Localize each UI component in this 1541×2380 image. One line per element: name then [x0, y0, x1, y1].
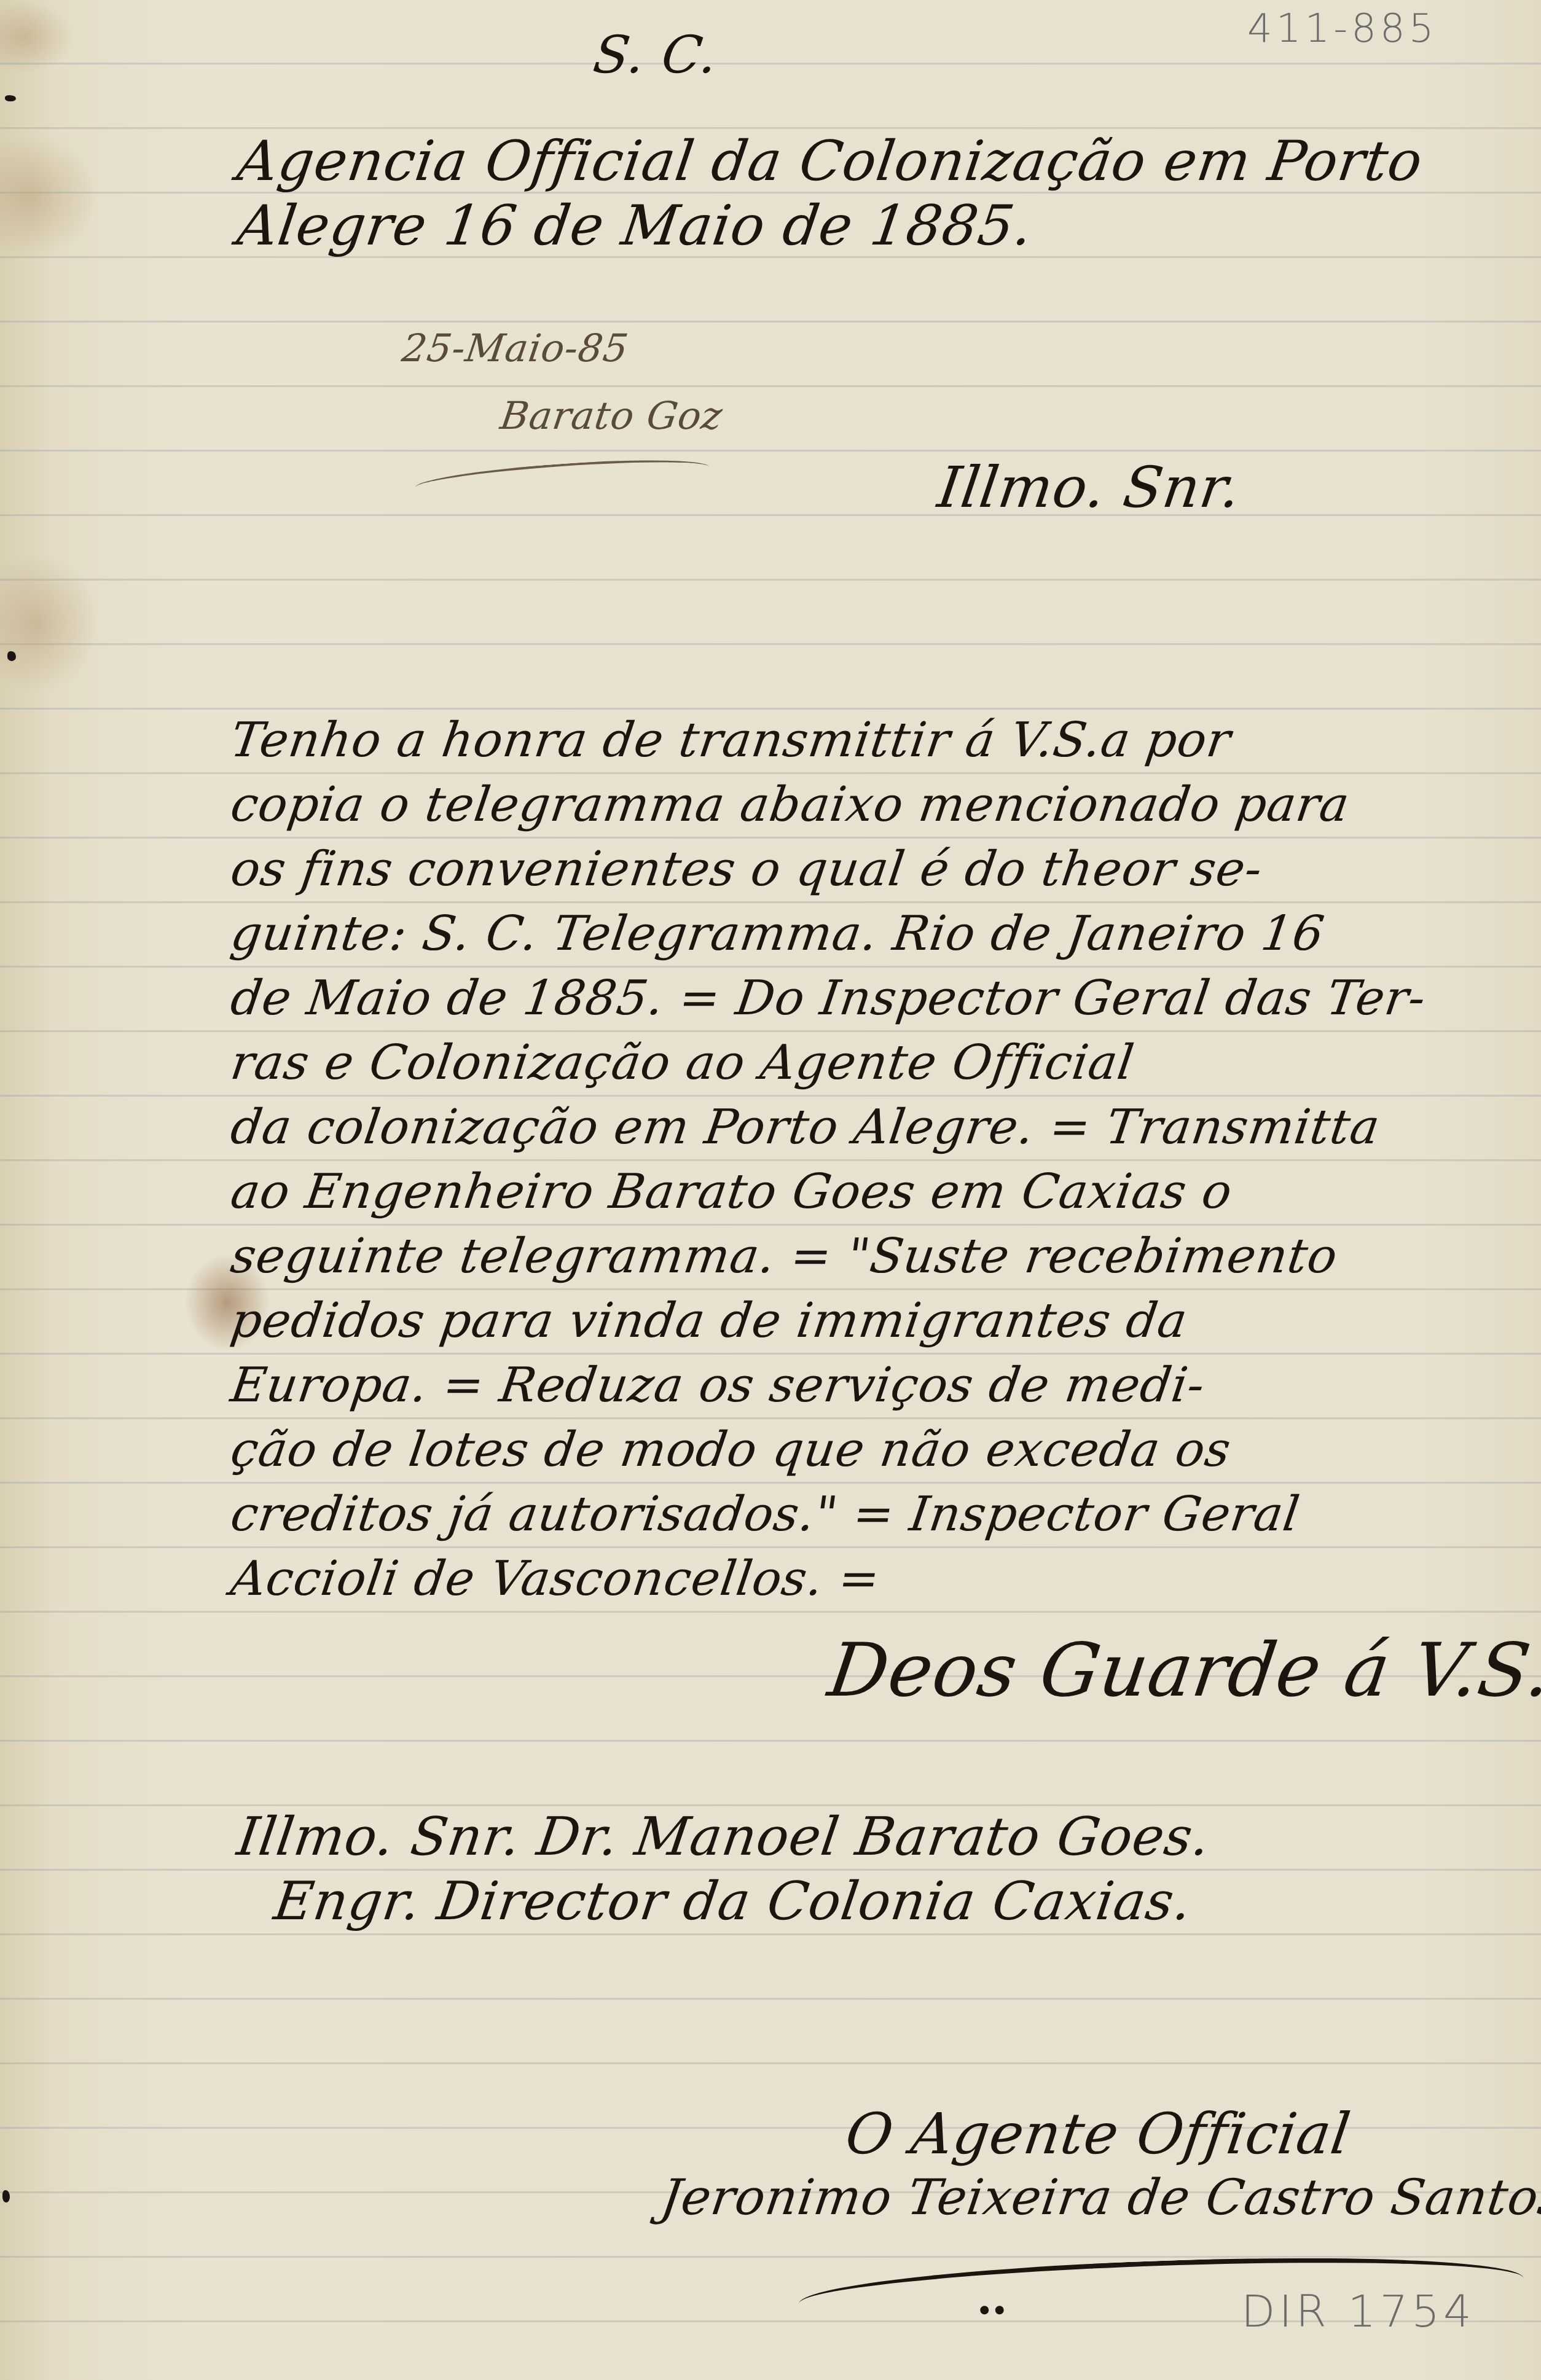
margin-note-name: Barato Goz	[498, 393, 726, 438]
body-line: ção de lotes de modo que não exceda os	[227, 1422, 1234, 1478]
body-line: seguinte telegramma. = "Suste recebiment…	[227, 1229, 1341, 1284]
hole-left-2	[7, 651, 16, 661]
body-line: Tenho a honra de transmittir á V.S.a por	[227, 713, 1234, 768]
archive-ref-top: 411-885	[1247, 6, 1437, 52]
body-line: ao Engenheiro Barato Goes em Caxias o	[227, 1164, 1236, 1219]
body-line: Accioli de Vasconcellos. =	[227, 1551, 884, 1607]
body-line: da colonização em Porto Alegre. = Transm…	[227, 1100, 1383, 1155]
closing: Deos Guarde á V.S.a	[823, 1628, 1541, 1713]
body-line: os fins convenientes o qual é do theor s…	[227, 842, 1266, 897]
header-mark: S. C.	[590, 25, 722, 85]
signature-title: O Agente Official	[842, 2101, 1355, 2167]
salutation: Illmo. Snr.	[934, 455, 1245, 520]
body-line: copia o telegramma abaixo mencionado par…	[227, 777, 1353, 832]
addressee-line-2: Engr. Director da Colonia Caxias.	[270, 1871, 1196, 1932]
hole-left-3	[2, 2190, 10, 2202]
margin-note-date: 25-Maio-85	[399, 326, 632, 370]
body-line: Europa. = Reduza os serviços de medi-	[227, 1358, 1209, 1413]
signature-dots: ∙∙	[977, 2292, 1007, 2327]
body-line: ras e Colonização ao Agente Official	[227, 1035, 1137, 1090]
body-line: guinte: S. C. Telegramma. Rio de Janeiro…	[227, 906, 1328, 961]
signature-name: Jeronimo Teixeira de Castro Santos	[657, 2169, 1541, 2226]
body-line: creditos já autorisados." = Inspector Ge…	[227, 1487, 1303, 1542]
body-line: de Maio de 1885. = Do Inspector Geral da…	[227, 971, 1429, 1026]
heading-line-1: Agencia Official da Colonização em Porto	[233, 129, 1427, 194]
body-line: pedidos para vinda de immigrantes da	[227, 1293, 1191, 1349]
heading-line-2: Alegre 16 de Maio de 1885.	[233, 194, 1037, 258]
addressee-line-1: Illmo. Snr. Dr. Manoel Barato Goes.	[233, 1806, 1214, 1868]
hole-left-1	[5, 95, 16, 101]
